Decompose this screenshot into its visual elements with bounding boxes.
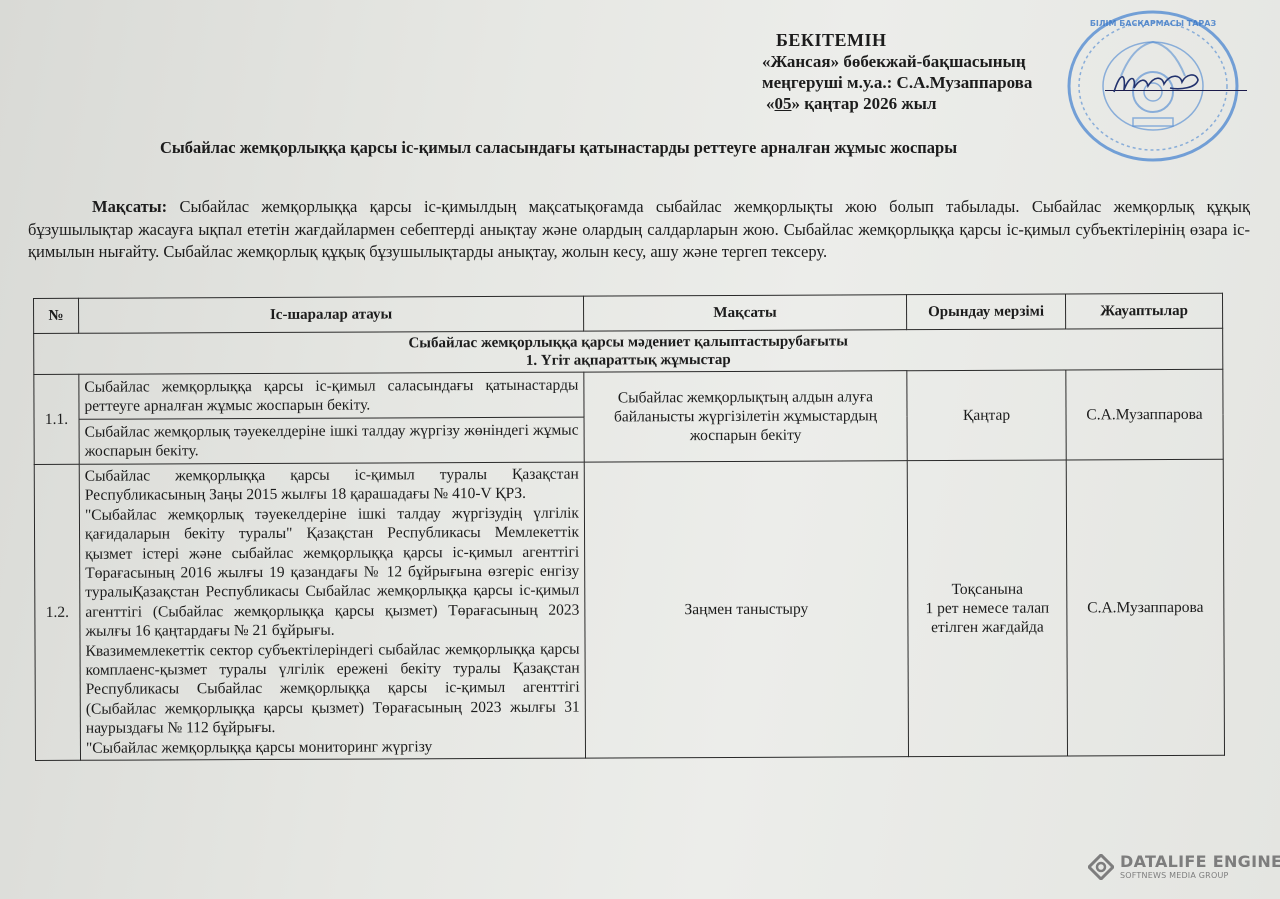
approval-head: меңгеруші м.у.а.: С.А.Музаппарова [762,72,1032,93]
row-number: 1.1. [34,374,79,464]
approval-date-day: 05 [775,94,792,113]
activity-goal: Сыбайлас жемқорлықтың алдын алуға байлан… [584,371,907,462]
header-deadline: Орындау мерзімі [906,294,1065,330]
datalife-logo-icon [1088,854,1114,880]
approval-title: БЕКІТЕМІН [776,30,1032,51]
section-subtitle: 1. Үгіт ақпараттық жұмыстар [39,349,1217,372]
document-title: Сыбайлас жемқорлыққа қарсы іс-қимыл сала… [160,138,1120,158]
header-responsible: Жауаптылар [1065,293,1222,329]
approval-block: БЕКІТЕМІН «Жансая» бөбекжай-бақшасының м… [762,30,1032,114]
work-plan-table: № Іс-шаралар атауы Мақсаты Орындау мерзі… [33,293,1225,761]
table-row: 1.2. Сыбайлас жемқорлыққа қарсы іс-қимыл… [34,459,1224,760]
activity-responsible: С.А.Музаппарова [1066,459,1224,756]
activity-paragraph: "Сыбайлас жемқорлық тәуекелдеріне ішкі т… [85,503,580,641]
table-row: 1.1. Сыбайлас жемқорлыққа қарсы іс-қимыл… [34,369,1223,419]
svg-text:БІЛІМ БАСҚАРМАСЫ ТАРАЗ: БІЛІМ БАСҚАРМАСЫ ТАРАЗ [1090,19,1217,28]
header-goal: Мақсаты [583,295,906,331]
watermark-brand: DATALIFE ENGINE [1120,852,1280,871]
activity-name: Сыбайлас жемқорлық тәуекелдеріне ішкі та… [79,417,584,464]
section-row: Сыбайлас жемқорлыққа қарсы мәдениет қалы… [34,328,1223,374]
activity-deadline: Тоқсанына 1 рет немесе талап етілген жағ… [907,460,1067,757]
activity-paragraph: Квазимемлекеттік сектор субъектілеріндег… [85,639,579,738]
activity-name: Сыбайлас жемқорлыққа қарсы іс-қимыл сала… [79,372,584,419]
activity-deadline: Қаңтар [907,370,1066,461]
section-heading: Сыбайлас жемқорлыққа қарсы мәдениет қалы… [34,328,1223,374]
approval-organization: «Жансая» бөбекжай-бақшасының [762,51,1032,72]
activity-responsible: С.А.Музаппарова [1066,369,1223,460]
header-number: № [34,298,79,333]
goal-label: Мақсаты: [28,197,167,216]
signature-icon [1110,68,1200,98]
activity-goal: Заңмен таныстыру [584,461,908,759]
goal-text: Сыбайлас жемқорлыққа қарсы іс-қимылдың м… [28,197,1250,261]
approval-date: «05» қаңтар 2026 жыл [766,93,1032,114]
activity-paragraph: Сыбайлас жемқорлыққа қарсы іс-қимыл тура… [85,465,579,506]
watermark-subtitle: SOFTNEWS MEDIA GROUP [1120,871,1229,880]
activity-paragraph: "Сыбайлас жемқорлыққа қарсы мониторинг ж… [86,736,580,758]
activity-name: Сыбайлас жемқорлыққа қарсы іс-қимыл тура… [79,462,585,760]
goal-paragraph: Мақсаты: Сыбайлас жемқорлыққа қарсы іс-қ… [28,196,1250,264]
table-header-row: № Іс-шаралар атауы Мақсаты Орындау мерзі… [34,293,1223,333]
row-number: 1.2. [34,464,80,760]
header-activity-name: Іс-шаралар атауы [79,296,584,333]
